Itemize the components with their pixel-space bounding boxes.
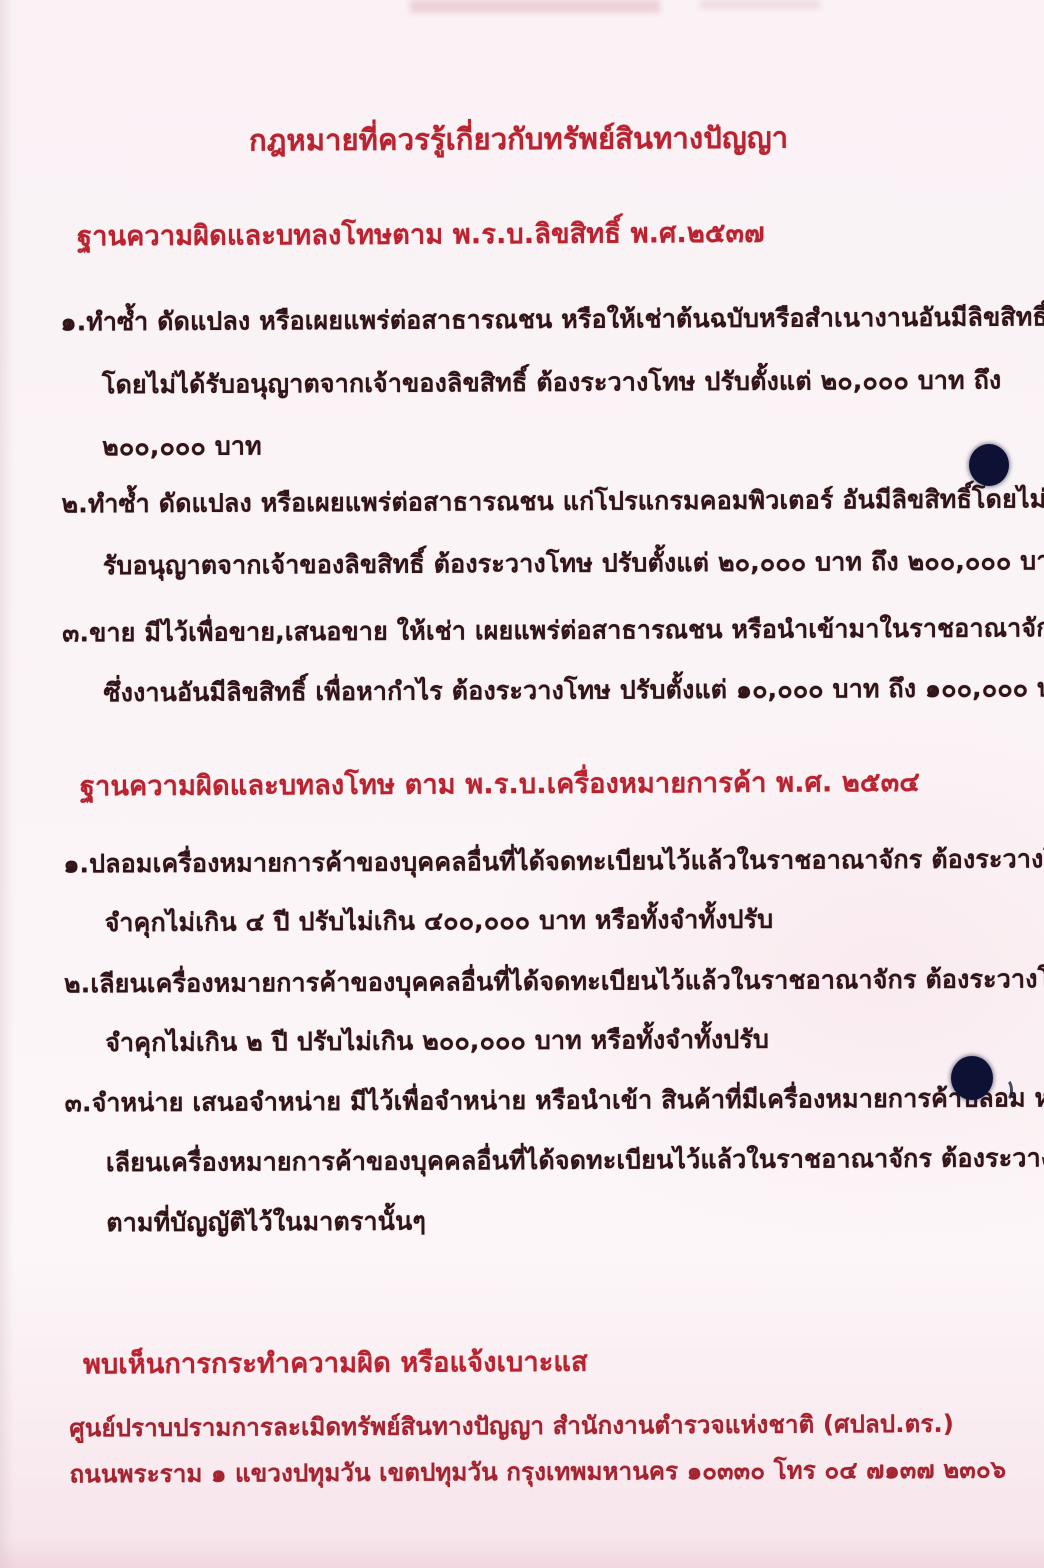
trademark-item-3-line-3: ตามที่บัญญัติไว้ในมาตรานั้นๆ [106, 1202, 426, 1244]
scanned-document-page: กฎหมายที่ควรรู้เกี่ยวกับทรัพย์สินทางปัญญ… [0, 0, 1044, 1568]
footer-address-phone-line: ถนนพระราม ๑ แขวงปทุมวัน เขตปทุมวัน กรุงเ… [70, 1449, 1007, 1493]
trademark-item-1-line-1: ๑.ปลอมเครื่องหมายการค้าของบุคคลอื่นที่ได… [63, 839, 1044, 884]
copyright-item-3-line-1: ๓.ขาย มีไว้เพื่อขาย,เสนอขาย ให้เช่า เผยแ… [62, 608, 1044, 653]
section-heading-copyright-act: ฐานความผิดและบทลงโทษตาม พ.ร.บ.ลิขสิทธิ์ … [77, 211, 765, 258]
trademark-item-3-line-2: เลียนเครื่องหมายการค้าของบุคคลอื่นที่ได้… [106, 1138, 1044, 1183]
copyright-item-3-line-2: ซึ่งงานอันมีลิขสิทธิ์ เพื่อหากำไร ต้องระ… [103, 668, 1044, 713]
ink-dot-lower [951, 1056, 993, 1100]
footer-report-heading: พบเห็นการกระทำความผิด หรือแจ้งเบาะแส [83, 1340, 588, 1386]
copyright-item-1-line-3: ๒๐๐,๐๐๐ บาท [102, 426, 262, 467]
footer-agency-line: ศูนย์ปราบปรามการละเมิดทรัพย์สินทางปัญญา … [69, 1404, 954, 1448]
document-content: กฎหมายที่ควรรู้เกี่ยวกับทรัพย์สินทางปัญญ… [0, 0, 1044, 1568]
copyright-item-1-line-1: ๑.ทำซ้ำ ดัดแปลง หรือเผยแพร่ต่อสาธารณชน ห… [60, 297, 1044, 342]
trademark-item-1-line-2: จำคุกไม่เกิน ๔ ปี ปรับไม่เกิน ๔๐๐,๐๐๐ บา… [105, 900, 774, 944]
section-heading-trademark-act: ฐานความผิดและบทลงโทษ ตาม พ.ร.บ.เครื่องหม… [80, 760, 920, 807]
trademark-item-2-line-1: ๒.เลียนเครื่องหมายการค้าของบุคคลอื่นที่ไ… [64, 959, 1044, 1004]
page-title: กฎหมายที่ควรรู้เกี่ยวกับทรัพย์สินทางปัญญ… [0, 113, 1041, 164]
copyright-item-2-line-2: รับอนุญาตจากเจ้าของลิขสิทธิ์ ต้องระวางโท… [103, 541, 1044, 586]
trademark-item-2-line-2: จำคุกไม่เกิน ๒ ปี ปรับไม่เกิน ๒๐๐,๐๐๐ บา… [105, 1020, 769, 1063]
ink-dot-upper [969, 444, 1009, 486]
ink-dot-lower-tail-mark [997, 1078, 1013, 1102]
trademark-item-3-line-1: ๓.จำหน่าย เสนอจำหน่าย มีไว้เพื่อจำหน่าย … [65, 1078, 1044, 1123]
copyright-item-1-line-2: โดยไม่ได้รับอนุญาตจากเจ้าของลิขสิทธิ์ ต้… [102, 360, 1002, 405]
copyright-item-2-line-1: ๒.ทำซ้ำ ดัดแปลง หรือเผยแพร่ต่อสาธารณชน แ… [61, 479, 1044, 524]
